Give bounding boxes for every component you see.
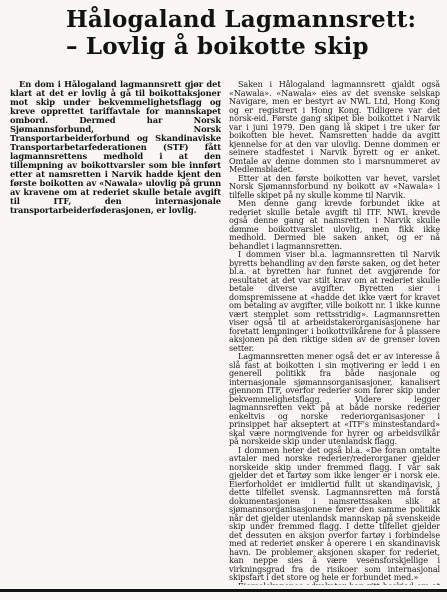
left-column: En dom i Hålogaland lagmannsrett gjør de… (10, 80, 221, 585)
article-headline: Hålogaland Lagmannsrett: – Lovlig å boik… (66, 6, 416, 60)
headline-line-2: – Lovlig å boikotte skip (66, 33, 416, 60)
body-paragraph: Etter at den første boikotten var hevet,… (229, 174, 440, 200)
article-columns: En dom i Hålogaland lagmannsrett gjør de… (10, 80, 440, 585)
body-paragraph: Eierselskapenes advokater har gitt beskj… (229, 582, 440, 586)
headline-line-1: Hålogaland Lagmannsrett: (66, 6, 416, 33)
right-column: Saken i Hålogaland lagmannsrett gjaldt o… (229, 80, 440, 585)
newspaper-scan-page: Hålogaland Lagmannsrett: – Lovlig å boik… (0, 0, 447, 600)
body-paragraph: Men denne gang krevde forbundet ikke at … (229, 199, 440, 250)
bottom-rule-divider (0, 589, 447, 592)
body-paragraph: I dommen viser bl.a. lagmannsretten til … (229, 250, 440, 352)
lead-paragraph: En dom i Hålogaland lagmannsrett gjør de… (10, 80, 221, 215)
body-paragraph: Lagmannsretten mener også det er av inte… (229, 352, 440, 446)
body-paragraph: I dommen heter det også bl.a. «De foran … (229, 446, 440, 582)
body-paragraph: Saken i Hålogaland lagmannsrett gjaldt o… (229, 80, 440, 174)
